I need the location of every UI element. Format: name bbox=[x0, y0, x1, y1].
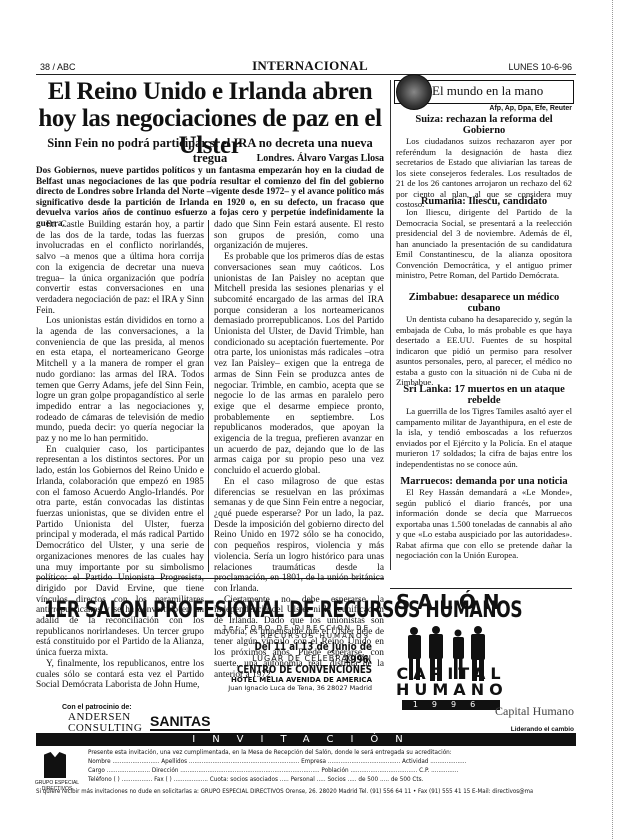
section-title: INTERNACIONAL bbox=[200, 58, 420, 74]
brief-body: El Rey Hassán demandará a «Le Monde», se… bbox=[396, 487, 572, 561]
brief-item: Rumanía: Iliescu, candidato Ion Iliescu,… bbox=[396, 196, 572, 281]
brief-headline: Rumanía: Iliescu, candidato bbox=[396, 196, 572, 207]
brief-item: Zimbabue: desaparece un médico cubano Un… bbox=[396, 292, 572, 388]
sponsor-andersen-logo: ANDERSEN CONSULTING bbox=[68, 712, 138, 734]
page-edge bbox=[612, 0, 615, 839]
form-line-name[interactable]: Nombre .......................... Apelli… bbox=[88, 757, 530, 766]
article-bottom-rule bbox=[36, 578, 384, 579]
sponsor-label: Con el patrocinio de: bbox=[62, 704, 132, 711]
capital-humano-logo-text: CAPITAL HUMANO bbox=[396, 666, 506, 698]
brief-item: Sri Lanka: 17 muertos en un ataque rebel… bbox=[396, 384, 572, 469]
brief-headline: Marruecos: demanda por una noticia bbox=[396, 476, 572, 487]
brief-headline: Suiza: rechazan la reforma del Gobierno bbox=[396, 114, 572, 136]
brief-body: Un dentista cubano ha desaparecido y, se… bbox=[396, 314, 572, 388]
paragraph: Y, finalmente, los republicanos, entre l… bbox=[36, 659, 204, 691]
paragraph: En Castle Building estarán hoy, a partir… bbox=[36, 220, 204, 316]
ad-subtitle: 1er FORO DE DIRECCION DE RECURSOS HUMANO… bbox=[170, 624, 370, 640]
brief-body: Ion Iliescu, dirigente del Partido de la… bbox=[396, 207, 572, 281]
masthead-rule bbox=[36, 74, 576, 75]
form-intro: Presente esta invitación, una vez cumpli… bbox=[88, 748, 530, 757]
ad-rule bbox=[390, 588, 572, 589]
paragraph: Los unionistas están divididos en torno … bbox=[36, 316, 204, 444]
ad-venue-address: Juan Ignacio Luca de Tena, 36 28027 Madr… bbox=[200, 684, 372, 692]
ad-venue-label: LUGAR DE CELEBRACION bbox=[200, 654, 372, 663]
brief-headline: Sri Lanka: 17 muertos en un ataque rebel… bbox=[396, 384, 572, 406]
page-number: 38 / ABC bbox=[40, 62, 76, 72]
sidebar-title: El mundo en la mano bbox=[432, 83, 543, 99]
issue-date: LUNES 10-6-96 bbox=[480, 62, 572, 72]
ad-venue-hotel: HOTEL MELIA AVENIDA DE AMERICA bbox=[200, 676, 372, 684]
brief-item: Marruecos: demanda por una noticia El Re… bbox=[396, 476, 572, 561]
sidebar-rule bbox=[390, 80, 391, 570]
sponsor-tagline: Liderando el cambio bbox=[450, 726, 574, 733]
ad-venue-name: CENTRO DE CONVENCIONES bbox=[231, 664, 372, 676]
paragraph: Es probable que los primeros días de est… bbox=[214, 252, 384, 477]
brief-body: La guerrilla de los Tigres Tamiles asalt… bbox=[396, 406, 572, 469]
paragraph: dado que Sinn Fein estará ausente. El re… bbox=[214, 220, 384, 252]
news-agencies: Afp, Ap, Dpa, Efe, Reuter bbox=[394, 105, 572, 112]
salon-logo-text: SALÓN bbox=[396, 590, 506, 614]
ad-footer: Si quiere recibir más invitaciones no du… bbox=[36, 788, 533, 795]
article-byline: Londres. Álvaro Vargas Llosa bbox=[36, 153, 384, 164]
invitation-form: Presente esta invitación, una vez cumpli… bbox=[88, 748, 530, 784]
form-line-address[interactable]: Cargo ........................ Dirección… bbox=[88, 766, 530, 775]
column-divider bbox=[208, 220, 209, 572]
brief-headline: Zimbabue: desaparece un médico cubano bbox=[396, 292, 572, 314]
sponsor-sanitas-logo: SANITAS bbox=[150, 713, 210, 731]
invitation-banner: INVITACIÓN bbox=[36, 733, 576, 746]
form-line-phone[interactable]: Teléfono ( ) ................. Fax ( ) .… bbox=[88, 775, 530, 784]
grupo-directivos-logo-icon bbox=[44, 752, 66, 778]
paragraph: En el caso milagroso de que estas difere… bbox=[214, 477, 384, 595]
sponsor-capital-humano-logo: Capital Humano bbox=[450, 704, 574, 719]
